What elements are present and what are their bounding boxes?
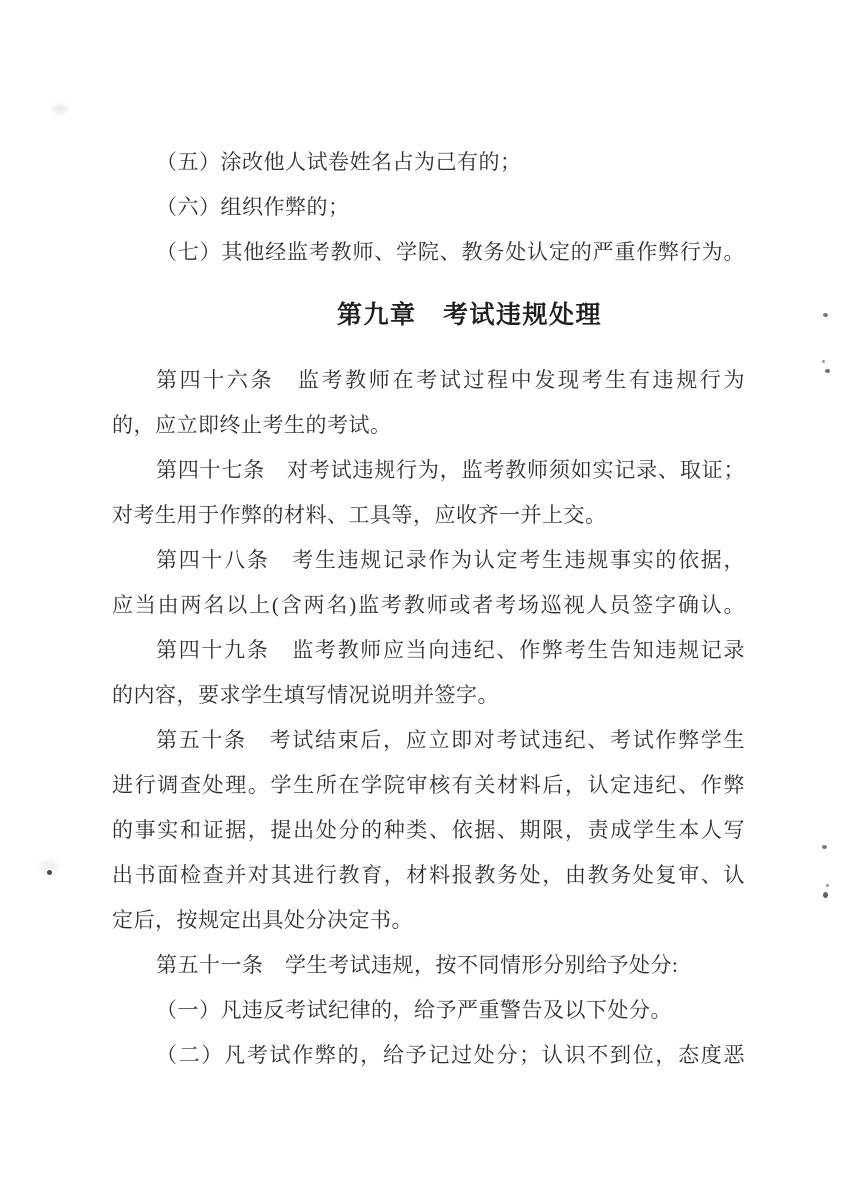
article-47-line-1: 第四十七条 对考试违规行为，监考教师须如实记录、取证； [112, 448, 745, 493]
article-46-line-2: 的，应立即终止考生的考试。 [112, 403, 745, 448]
article-46-line-1: 第四十六条 监考教师在考试过程中发现考生有违规行为 [112, 358, 745, 403]
clause-item-6: （六）组织作弊的； [112, 185, 745, 230]
article-50-line-5: 定后，按规定出具处分决定书。 [112, 898, 745, 943]
scan-speck [822, 360, 825, 363]
article-50-line-3: 的事实和证据，提出处分的种类、依据、期限，责成学生本人写 [112, 808, 745, 853]
clause-item-7: （七）其他经监考教师、学院、教务处认定的严重作弊行为。 [112, 230, 745, 275]
article-48-line-2: 应当由两名以上(含两名)监考教师或者考场巡视人员签字确认。 [112, 583, 745, 628]
scan-speck [823, 892, 828, 898]
article-49-line-2: 的内容，要求学生填写情况说明并签字。 [112, 673, 745, 718]
scan-smudge [52, 104, 68, 114]
article-49-line-1: 第四十九条 监考教师应当向违纪、作弊考生告知违规记录 [112, 628, 745, 673]
article-50-line-1: 第五十条 考试结束后，应立即对考试违纪、考试作弊学生 [112, 718, 745, 763]
scan-speck [825, 369, 830, 373]
article-50-line-4: 出书面检查并对其进行教育，材料报教务处，由教务处复审、认 [112, 853, 745, 898]
article-48-line-1: 第四十八条 考生违规记录作为认定考生违规事实的依据， [112, 538, 745, 583]
article-47-line-2: 对考生用于作弊的材料、工具等，应收齐一并上交。 [112, 493, 745, 538]
scan-speck [826, 884, 829, 887]
scanned-document-page: （五）涂改他人试卷姓名占为己有的； （六）组织作弊的； （七）其他经监考教师、学… [0, 0, 845, 1200]
scan-speck [823, 313, 828, 317]
clause-item-5: （五）涂改他人试卷姓名占为己有的； [112, 140, 745, 185]
article-51-item-2: （二）凡考试作弊的，给予记过处分；认识不到位，态度恶 [112, 1033, 745, 1078]
article-51-item-1: （一）凡违反考试纪律的，给予严重警告及以下处分。 [112, 988, 745, 1033]
chapter-heading: 第九章 考试违规处理 [153, 293, 786, 338]
scan-speck [47, 870, 52, 875]
scan-speck [822, 845, 827, 849]
article-51-line-1: 第五十一条 学生考试违规，按不同情形分别给予处分: [112, 943, 745, 988]
article-50-line-2: 进行调查处理。学生所在学院审核有关材料后，认定违纪、作弊 [112, 763, 745, 808]
